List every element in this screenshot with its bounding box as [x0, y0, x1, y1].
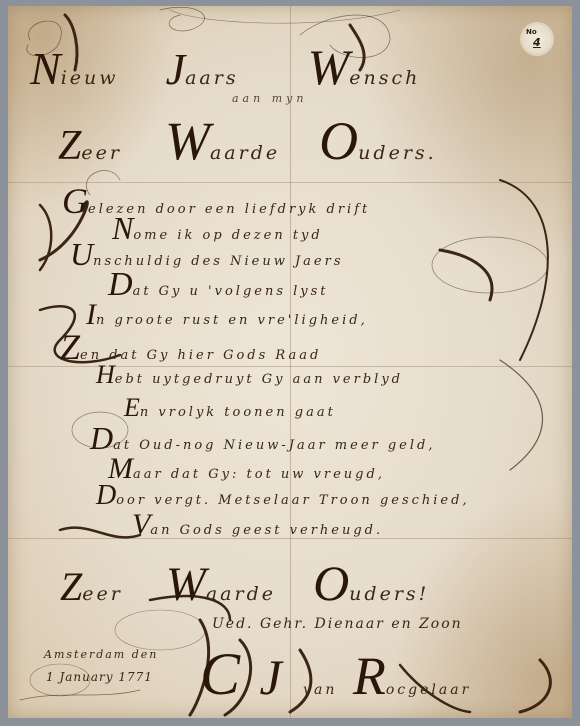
title-word-uders: uders.	[358, 142, 437, 164]
catalog-prefix: No	[526, 28, 537, 36]
signature-initial-r: R	[353, 646, 386, 706]
verse-initial: H	[96, 360, 115, 389]
title-line-1: Nieuw Jaars Wensch	[30, 38, 420, 96]
title-initial-n: N	[30, 43, 61, 94]
verse-line-8: En vrolyk toonen gaat	[124, 393, 336, 423]
signature: C J van Rocgelaar	[200, 640, 471, 709]
verse-initial: U	[70, 236, 93, 272]
title-initial-w: W	[308, 39, 350, 95]
closing-word-aarde: aarde	[206, 583, 276, 605]
catalog-number: 4	[533, 36, 541, 49]
title-word-eer: eer	[81, 142, 122, 164]
title-initial-w2: W	[165, 111, 210, 171]
verse-initial: D	[90, 420, 113, 456]
closing-initial-w: W	[166, 558, 206, 611]
date-line: 1 January 1771	[46, 670, 153, 684]
verse-initial: E	[124, 393, 140, 422]
closing-initial-o: O	[313, 555, 349, 611]
catalog-number-stamp: No 4	[522, 24, 552, 54]
title-initial-o: O	[319, 111, 358, 171]
verse-initial: V	[132, 508, 150, 541]
verse-text: n vrolyk toonen gaat	[140, 405, 336, 420]
title-small-line: aan myn	[232, 92, 307, 105]
verse-text: oor vergt. Metselaar Troon geschied,	[116, 493, 469, 508]
closing-salutation: Zeer Waarde Ouders!	[60, 554, 429, 612]
place-line: Amsterdam den	[44, 648, 158, 661]
signature-initial-c: C	[200, 641, 240, 707]
title-word-ieuw: ieuw	[61, 67, 119, 89]
verse-text: at Oud-nog Nieuw-Jaar meer geld,	[113, 438, 435, 453]
signature-van: van	[303, 682, 337, 698]
verse-initial: G	[62, 181, 88, 221]
signature-surname: ocgelaar	[386, 682, 471, 698]
closing-initial-z: Z	[60, 564, 82, 609]
verse-text: an Gods geest verheugd.	[150, 523, 383, 538]
verse-text: ebt uytgedruyt Gy aan verblyd	[115, 372, 403, 387]
title-word-aars: aars	[185, 67, 239, 89]
closing-word-uders: uders!	[349, 583, 429, 605]
verse-line-12: Van Gods geest verheugd.	[132, 508, 383, 542]
verse-line-7: Hebt uytgedruyt Gy aan verblyd	[96, 360, 403, 390]
closing-word-eer: eer	[82, 583, 123, 605]
verse-initial: Z	[60, 327, 80, 367]
verse-initial: D	[96, 480, 116, 511]
title-initial-j: J	[166, 45, 186, 94]
title-initial-z: Z	[58, 123, 81, 169]
signoff-line: Ued. Gehr. Dienaar en Zoon	[212, 616, 463, 632]
title-word-ensch: ensch	[349, 67, 420, 89]
title-word-aarde: aarde	[210, 142, 280, 164]
signature-initial-j: J	[259, 649, 281, 705]
title-line-2: Zeer Waarde Ouders.	[58, 110, 437, 172]
verse-text: at Gy u 'volgens lyst	[133, 284, 329, 299]
